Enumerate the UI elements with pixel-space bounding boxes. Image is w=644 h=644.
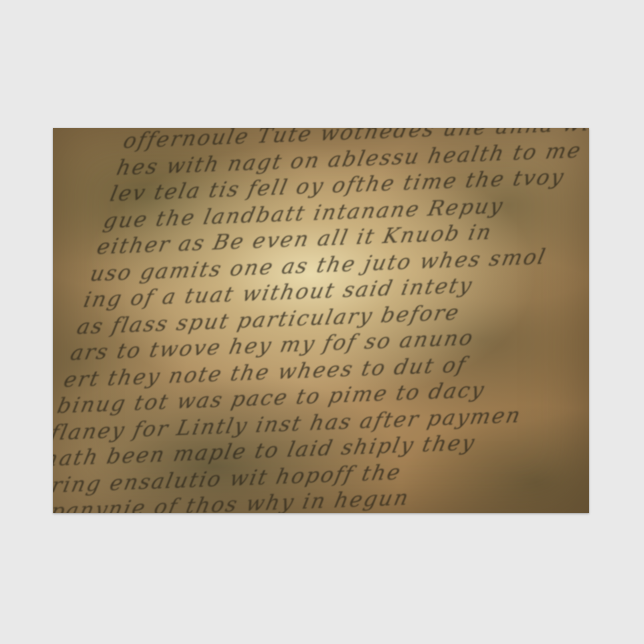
handwriting-texture: offernoule Tute wotnedes une anna with h… [53, 128, 589, 513]
vintage-script-card: offernoule Tute wotnedes une anna with h… [53, 128, 589, 513]
